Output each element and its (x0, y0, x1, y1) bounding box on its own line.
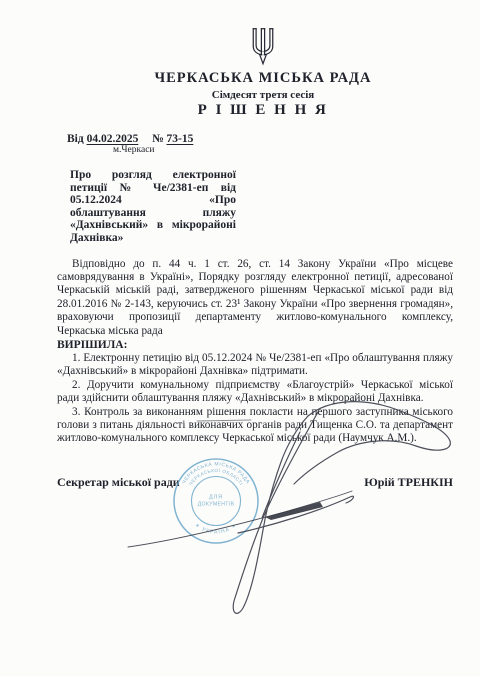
stamp-center-line1: ДЛЯ (209, 495, 223, 501)
resolution-item-3: 3. Контроль за виконанням рішення поклас… (57, 406, 453, 446)
dateline: Від 04.02.2025 № 73-15 (67, 133, 453, 145)
session-line: Сімдесят третя сесія (73, 89, 453, 101)
number-value: 73-15 (167, 133, 194, 145)
doc-type-title: Р І Ш Е Н Н Я (73, 102, 453, 119)
signature-row: Секретар міської ради Юрій ТРЕНКІН (57, 475, 453, 490)
resolution-item-1: 1. Електронну петицію від 05.12.2024 № Ч… (57, 352, 453, 379)
scanned-document-page: ЧЕРКАСЬКА МІСЬКА РАДА Сімдесят третя сес… (0, 0, 480, 676)
stamp-center-line2: ДОКУМЕНТІВ (198, 502, 235, 508)
preamble-paragraph: Відповідно до п. 44 ч. 1 ст. 26, ст. 14 … (57, 258, 453, 338)
org-name: ЧЕРКАСЬКА МІСЬКА РАДА (73, 70, 453, 87)
city-line: м.Черкаси (113, 145, 453, 155)
resolved-label: ВИРІШИЛА: (57, 338, 453, 352)
resolution-item-2: 2. Доручити комунальному підприємству «Б… (57, 379, 453, 406)
signer-name: Юрій ТРЕНКІН (364, 475, 453, 490)
date-value: 04.02.2025 (87, 133, 139, 145)
svg-text:✶ УКРАЇНА ✶: ✶ УКРАЇНА ✶ (193, 522, 238, 535)
stamp-ring-bottom-text: ✶ УКРАЇНА ✶ (193, 522, 238, 535)
number-sign: № (152, 133, 164, 145)
subject-block: Про розгляд електронноїпетиції № Че/2381… (70, 169, 236, 245)
document-content: ЧЕРКАСЬКА МІСЬКА РАДА Сімдесят третя сес… (57, 0, 453, 490)
date-label: Від (67, 133, 84, 145)
signer-post: Секретар міської ради (57, 475, 180, 490)
ukraine-tryzub-icon (250, 27, 276, 67)
document-header: ЧЕРКАСЬКА МІСЬКА РАДА Сімдесят третя сес… (57, 0, 453, 119)
